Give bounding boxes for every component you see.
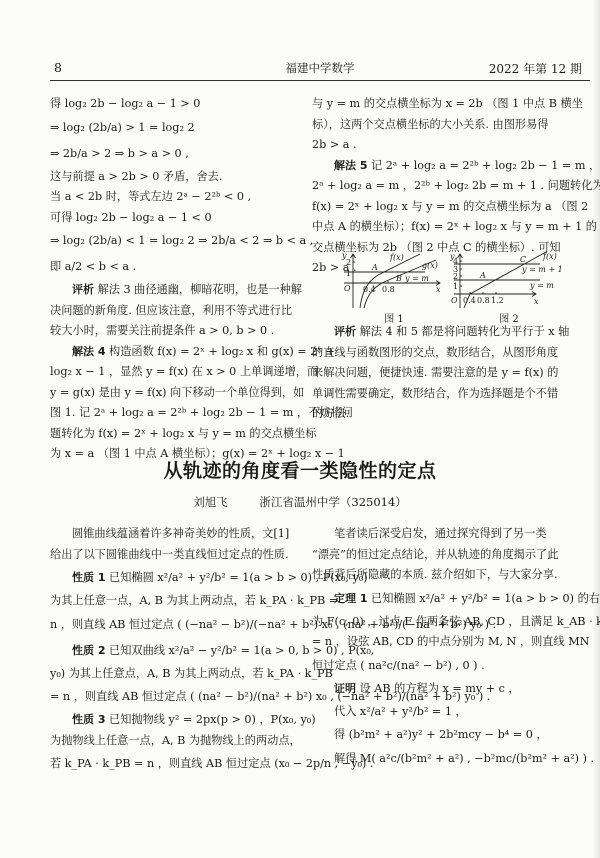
text-line: y = g(x) 是由 y = f(x) 向下移动一个单位得到，如 (50, 383, 305, 404)
figures-row: y x O 2 1 0.4 0.8 f(x) g(x) A B y = m 图 … (340, 252, 570, 332)
text-line: 恒过定点 ( na²c/(na² − b²) , 0 ) . (312, 653, 574, 679)
text-line: 为抛物线上任意一点，A, B 为抛物线上的两动点， (50, 731, 308, 752)
left-column-bottom: 圆锥曲线蕴涵着许多神奇美妙的性质，文[1] 给出了以下圆锥曲线中一类直线恒过定点… (50, 524, 308, 777)
text-line: 的直线与函数图形的交点，数形结合，从图形角度 (312, 343, 572, 364)
text-line: “漂亮”的恒过定点结论，并从轨迹的角度揭示了此 (312, 545, 574, 566)
page-header: 8 福建中学数学 2022 年第 12 期 (50, 58, 590, 81)
equation-line: 代入 x²/a² + y²/b² = 1 ， (312, 699, 574, 725)
method4-paragraph: 解法 4 构造函数 f(x) = 2ˣ + log₂ x 和 g(x) = 2ˣ… (50, 342, 305, 363)
y-tick: 1 (346, 269, 351, 278)
method-label: 解法 5 (334, 159, 367, 172)
text-line: 构造函数 f(x) = 2ˣ + log₂ x 和 g(x) = 2ˣ + (109, 345, 335, 358)
text-line: 决问题的新角度. 但应该注意，利用不等式进行比 (50, 301, 305, 322)
text-line: = n ，则直线 AB 恒过定点 ( (na² − b²)/(na² + b²)… (50, 684, 308, 710)
text-line: 已知抛物线 y² = 2px(p > 0) ，P(x₀, y₀) (109, 713, 316, 726)
comment-paragraph: 评析 解法 4 和 5 都是将问题转化为平行于 x 轴 (312, 322, 572, 343)
equation-line: 可得 log₂ 2b − log₂ a − 1 < 0 (50, 208, 305, 229)
figure-1: y x O 2 1 0.4 0.8 f(x) g(x) A B y = m 图 … (340, 252, 448, 328)
y-tick: 1 (453, 282, 458, 291)
text-line: 单调性需要确定，数形结合，作为选择题是个不错 (312, 384, 572, 405)
affiliation: 浙江省温州中学（325014） (259, 495, 406, 509)
text-line: 为其上任意一点，A, B 为其上两动点，若 k_PA · k_PB = (50, 591, 308, 612)
property-label: 性质 3 (72, 713, 105, 726)
property-3: 性质 3 已知抛物线 y² = 2px(p > 0) ，P(x₀, y₀) (50, 710, 308, 731)
f-label: f(x) (542, 252, 557, 261)
x-tick: 0.4 (363, 285, 376, 294)
text-line: 为 F(c, 0) ，过点 F 作两条弦 AB, CD ，且满足 k_AB · … (312, 612, 574, 633)
equation-line: ⇒ 2b/a > 2 ⇒ b > a > 0 , (50, 141, 305, 167)
point-a-label: A (371, 263, 378, 272)
figure-1-graph: y x O 2 1 0.4 0.8 f(x) g(x) A B y = m (340, 252, 448, 310)
f-label: f(x) (389, 253, 404, 262)
x-tick: 1.2 (491, 296, 504, 305)
x-tick: 0.4 (463, 296, 476, 305)
comment-paragraph: 评析 解法 3 曲径通幽，柳暗花明，也是一种解 (50, 280, 305, 301)
line-label-m-plus-1: y = m + 1 (521, 265, 563, 274)
text-line: 设 AB 的方程为 x = my + c ， (360, 682, 520, 695)
text-line: 笔者读后深受启发，通过探究得到了另一类 (312, 524, 574, 545)
equation-line: ⇒ log₂ (2b/a) < 1 = log₂ 2 ⇒ 2b/a < 2 ⇒ … (50, 228, 305, 254)
point-c-label: C (520, 255, 526, 264)
text-line: y₀) 为其上任意点，A, B 为其上两动点，若 k_PA · k_PB (50, 664, 308, 685)
text-line: 性质背后所隐藏的本质. 兹介绍如下，与大家分享. (312, 565, 574, 586)
text-line: log₂ x − 1 ，显然 y = f(x) 在 x > 0 上单调递增，而 (50, 362, 305, 383)
author: 刘旭飞 (193, 495, 228, 509)
theorem-label: 定理 1 (334, 592, 367, 605)
issue-label: 2022 年第 12 期 (489, 60, 582, 77)
x-tick: 0.8 (477, 296, 490, 305)
method-label: 解法 4 (72, 345, 105, 358)
point-a-label: A (479, 271, 486, 280)
right-column-bottom: 笔者读后深受启发，通过探究得到了另一类 “漂亮”的恒过定点结论，并从轨迹的角度揭… (312, 524, 574, 772)
text-line: 已知椭圆 x²/a² + y²/b² = 1(a > b > 0) 的右焦点 (371, 592, 600, 605)
origin-label: O (451, 296, 458, 305)
property-1: 性质 1 已知椭圆 x²/a² + y²/b² = 1(a > b > 0) ,… (50, 565, 308, 591)
point-b-label: B (395, 274, 402, 283)
proof-label: 证明 (334, 682, 356, 695)
property-label: 性质 2 (72, 644, 105, 657)
equation-line: 解得 M( a²c/(b²m² + a²) , −b²mc/(b²m² + a²… (312, 746, 574, 772)
figure-2-graph: y x O 4 3 2 1 0.4 0.8 1.2 f(x) C A y = m… (450, 252, 568, 310)
x-axis-label: x (436, 285, 441, 294)
equation-line: ⇒ log₂ (2b/a) > 1 = log₂ 2 (50, 115, 305, 141)
text-line: 图 1. 记 2ᵃ + log₂ a = 2²ᵇ + log₂ 2b − 1 =… (50, 403, 305, 424)
journal-page: 8 福建中学数学 2022 年第 12 期 得 log₂ 2b − log₂ a… (0, 0, 600, 858)
method5-paragraph: 解法 5 记 2ᵃ + log₂ a = 2²ᵇ + log₂ 2b − 1 =… (312, 156, 572, 177)
y-tick: 2 (453, 272, 458, 281)
text-line: 给出了以下圆锥曲线中一类直线恒过定点的性质. (50, 545, 308, 566)
text-line: 2ᵃ + log₂ a = m ，2²ᵇ + log₂ 2b = m + 1 .… (312, 176, 572, 197)
proof: 证明 设 AB 的方程为 x = my + c ， (312, 679, 574, 700)
comment-label: 评析 (72, 283, 94, 296)
text-line: n ，则直线 AB 恒过定点 ( (−na² − b²)/(−na² + b²)… (50, 612, 308, 638)
property-2: 性质 2 已知双曲线 x²/a² − y²/b² = 1(a > 0, b > … (50, 638, 308, 664)
origin-label: O (344, 284, 351, 293)
article-title: 从轨迹的角度看一类隐性的定点 (0, 456, 600, 483)
figure-2: y x O 4 3 2 1 0.4 0.8 1.2 f(x) C A y = m… (450, 252, 568, 328)
text-line: f(x) = 2ˣ + log₂ x 与 y = m 的交点横坐标为 a （图 … (312, 197, 572, 218)
text-line: 的方法. (312, 404, 572, 425)
text-line: 这与前提 a > 2b > 0 矛盾，舍去. (50, 167, 305, 188)
theorem-1: 定理 1 已知椭圆 x²/a² + y²/b² = 1(a > b > 0) 的… (312, 586, 574, 612)
equation-line: 得 log₂ 2b − log₂ a − 1 > 0 (50, 94, 305, 115)
x-axis-label: x (534, 297, 539, 306)
comment-label: 评析 (334, 325, 356, 338)
byline: 刘旭飞 浙江省温州中学（325014） (0, 494, 600, 510)
text-line: 较大小时，需要关注前提条件 a > 0, b > 0 . (50, 321, 305, 342)
text-line: 记 2ᵃ + log₂ a = 2²ᵇ + log₂ 2b − 1 = m ，则 (371, 159, 600, 172)
text-line: 来解决问题，便捷快速. 需要注意的是 y = f(x) 的 (312, 363, 572, 384)
text-line: 解法 4 和 5 都是将问题转化为平行于 x 轴 (360, 325, 570, 338)
text-line: = n ，设弦 AB, CD 的中点分别为 M, N ，则直线 MN (312, 632, 574, 653)
text-line: 圆锥曲线蕴涵着许多神奇美妙的性质，文[1] (50, 524, 308, 545)
scan-edge-shadow (592, 0, 600, 858)
line-label: y = m (404, 274, 429, 283)
property-label: 性质 1 (72, 571, 105, 584)
y-tick: 2 (346, 258, 351, 267)
text-line: 若 k_PA · k_PB = n ，则直线 AB 恒过定点 (x₀ − 2p/… (50, 751, 308, 777)
g-label: g(x) (422, 261, 438, 270)
right-column-comment: 评析 解法 4 和 5 都是将问题转化为平行于 x 轴 的直线与函数图形的交点，… (312, 322, 572, 425)
text-line: 中点 A 的横坐标）；f(x) = 2ˣ + log₂ x 与 y = m + … (312, 217, 572, 238)
text-line: 题转化为 f(x) = 2ˣ + log₂ x 与 y = m 的交点横坐标 (50, 424, 305, 445)
x-tick: 0.8 (382, 285, 395, 294)
right-column-top: 与 y = m 的交点横坐标为 x = 2b （图 1 中点 B 横坐 标），这… (312, 94, 572, 279)
text-line: 当 a < 2b 时，等式左边 2ᵃ − 2²ᵇ < 0 , (50, 187, 305, 208)
text-line: 2b > a . (312, 135, 572, 156)
text-line: 标），这两个交点横坐标的大小关系. 由图形易得 (312, 115, 572, 136)
text-line: 解法 3 曲径通幽，柳暗花明，也是一种解 (98, 283, 302, 296)
equation-line: 即 a/2 < b < a . (50, 254, 305, 280)
left-column-top: 得 log₂ 2b − log₂ a − 1 > 0 ⇒ log₂ (2b/a)… (50, 94, 305, 465)
equation-line: 得 (b²m² + a²)y² + 2b²mcy − b⁴ = 0 ， (312, 725, 574, 746)
line-label-m: y = m (529, 281, 554, 290)
text-line: 与 y = m 的交点横坐标为 x = 2b （图 1 中点 B 横坐 (312, 94, 572, 115)
